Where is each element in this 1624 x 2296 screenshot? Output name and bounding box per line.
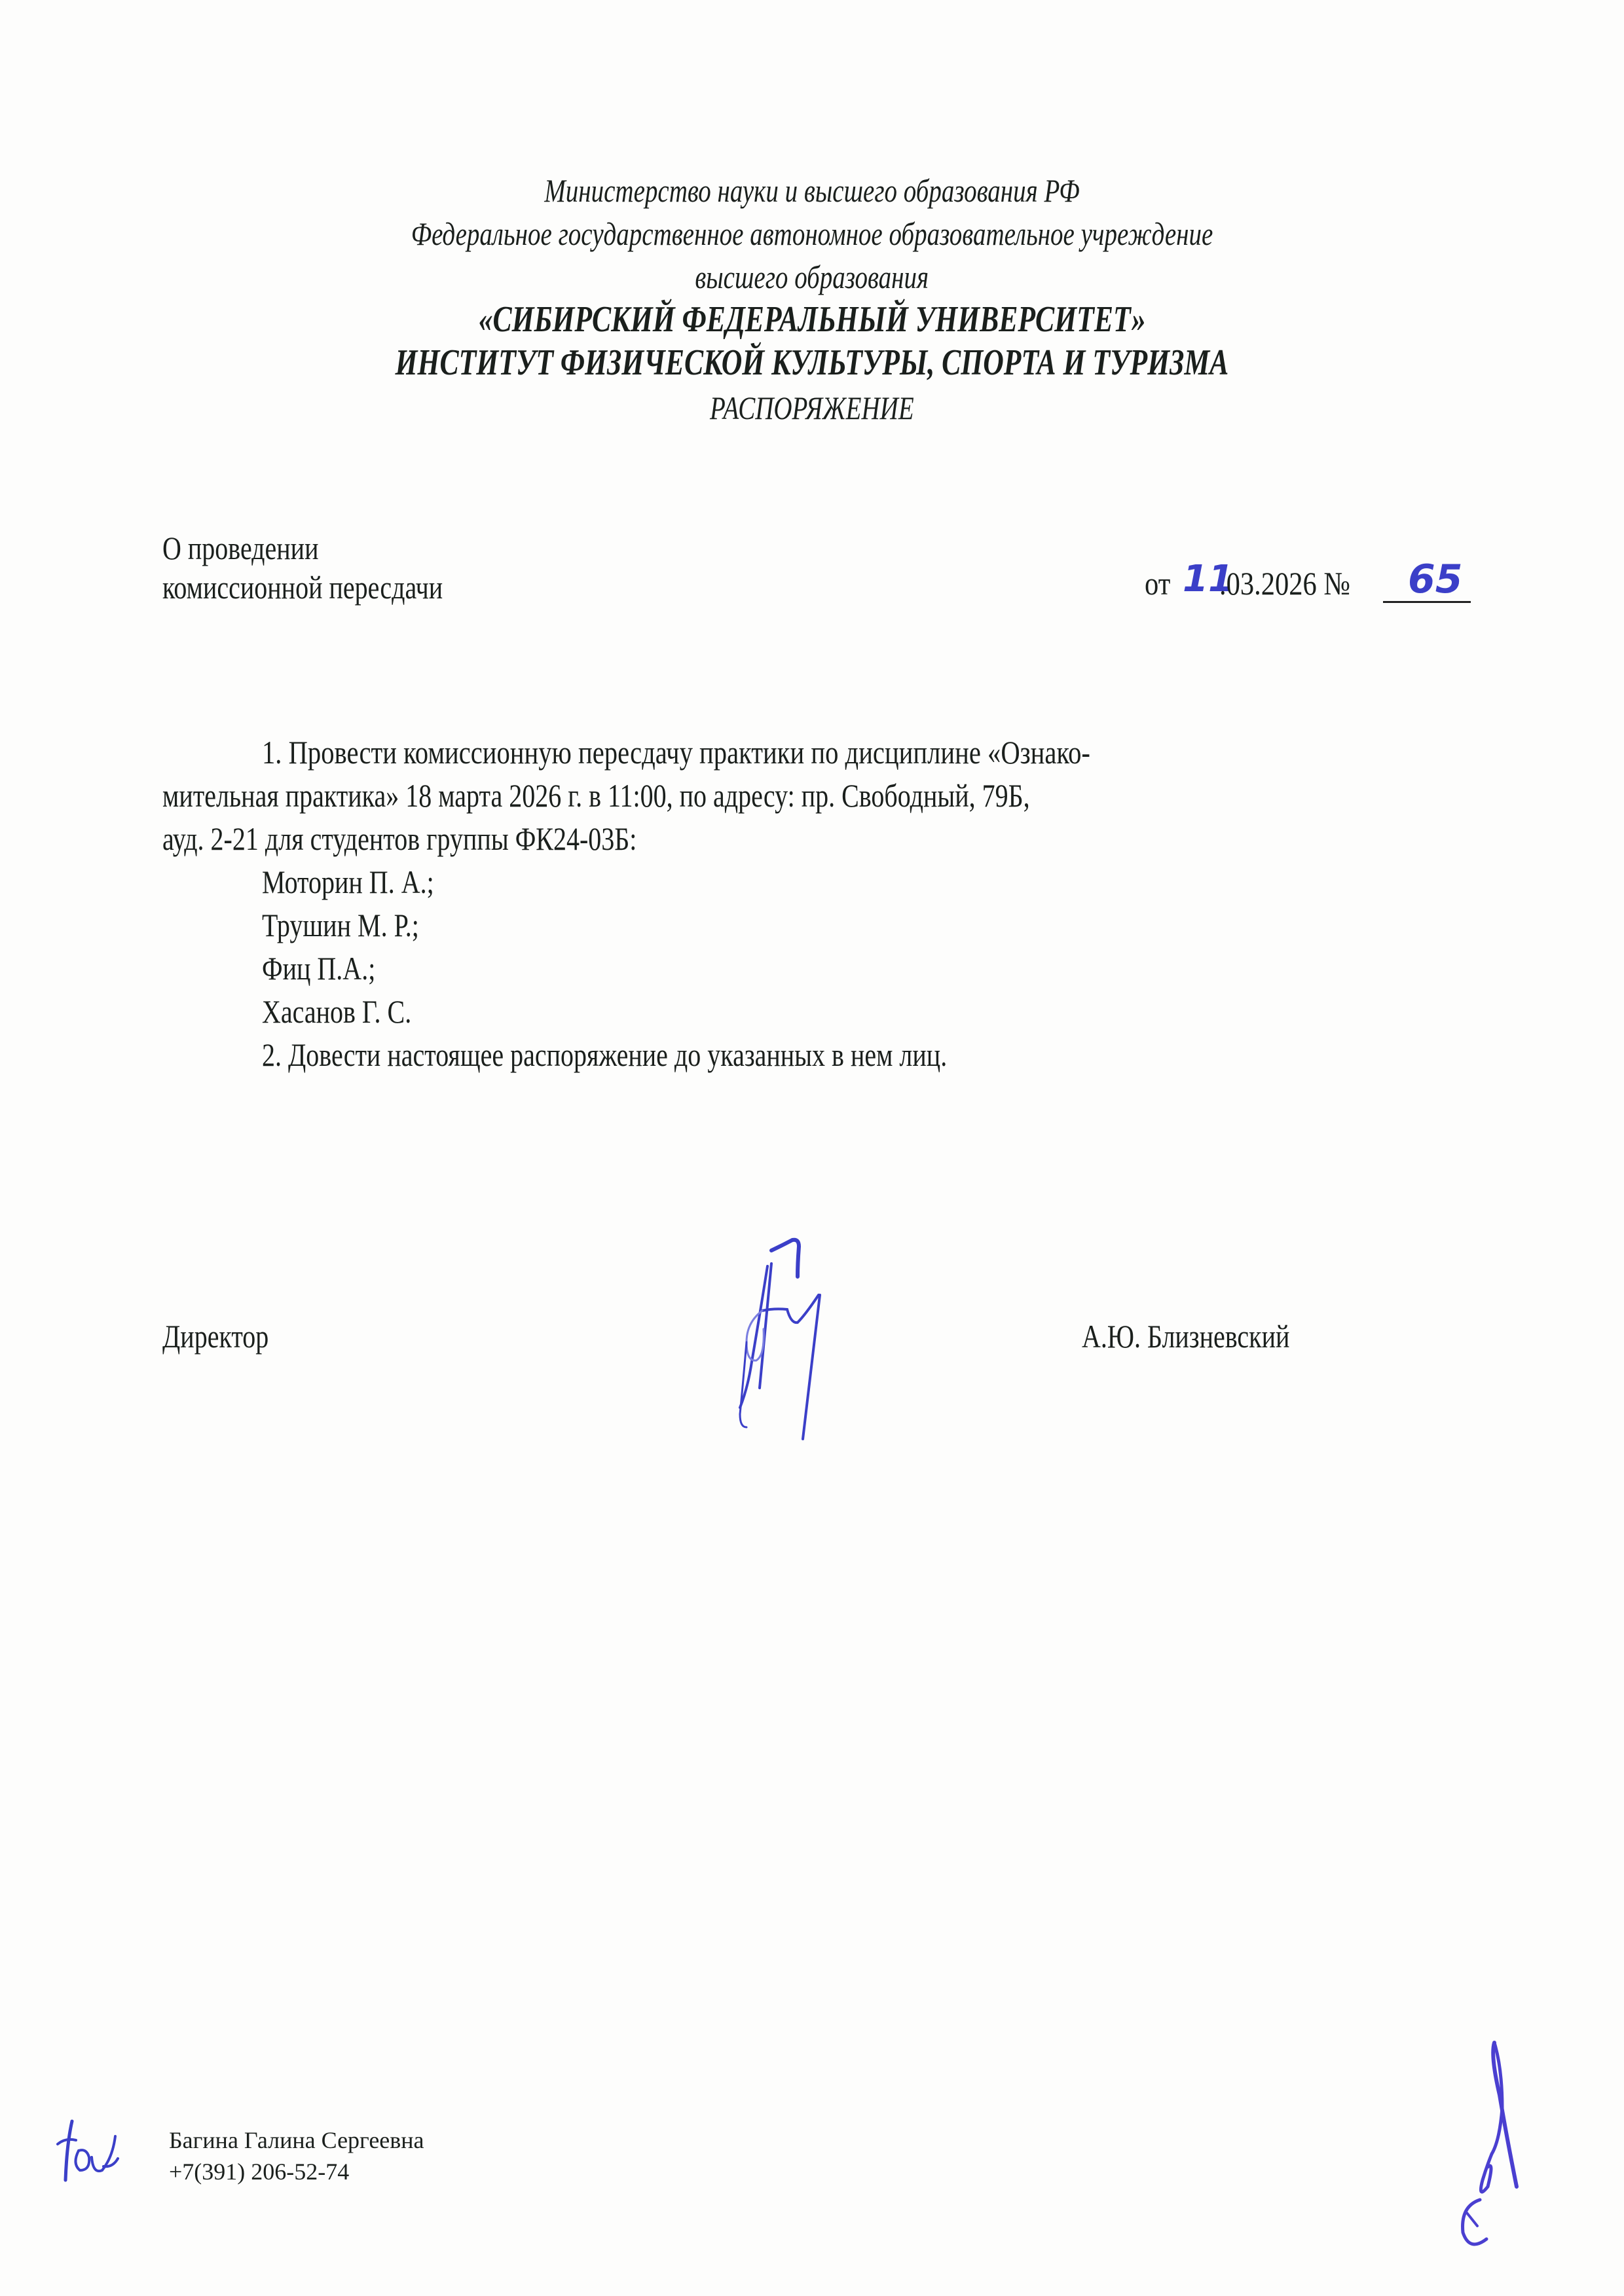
- student-item: Трушин М. Р.;: [262, 906, 458, 944]
- document-page: Министерство науки и высшего образования…: [0, 0, 1624, 2296]
- document-type-text: РАСПОРЯЖЕНИЕ: [710, 389, 914, 427]
- document-type: РАСПОРЯЖЕНИЕ: [0, 389, 1624, 427]
- university-text: «СИБИРСКИЙ ФЕДЕРАЛЬНЫЙ УНИВЕРСИТЕТ»: [479, 299, 1146, 340]
- student-name: Хасанов Г. С.: [262, 993, 411, 1030]
- number-underline: [1383, 601, 1471, 603]
- item-1-text-3: ауд. 2-21 для студентов группы ФК24-03Б:: [162, 820, 637, 858]
- institution-type-line-1: Федеральное государственное автономное о…: [0, 215, 1624, 253]
- date-rest-text: .03.2026 №: [1219, 564, 1350, 602]
- institute-text: ИНСТИТУТ ФИЗИЧЕСКОЙ КУЛЬТУРЫ, СПОРТА И Т…: [396, 342, 1229, 384]
- ministry-line: Министерство науки и высшего образования…: [0, 172, 1624, 210]
- student-name: Фиц П.А.;: [262, 949, 375, 987]
- executor-name: Багина Галина Сергеевна: [169, 2126, 424, 2154]
- institute-name: ИНСТИТУТ ФИЗИЧЕСКОЙ КУЛЬТУРЫ, СПОРТА И Т…: [0, 342, 1624, 384]
- signatory-position: Директор: [162, 1317, 295, 1355]
- date-prefix: от: [1145, 564, 1170, 602]
- executor-initials-icon: [52, 2118, 131, 2183]
- institution-type-text-2: высшего образования: [695, 258, 929, 296]
- date-rest: .03.2026 №: [1219, 564, 1373, 602]
- ministry-text: Министерство науки и высшего образования…: [544, 172, 1079, 210]
- document-reference: от: [1145, 564, 1175, 602]
- signatory-name-text: А.Ю. Близневский: [1082, 1317, 1289, 1355]
- executor-phone: +7(391) 206-52-74: [169, 2158, 349, 2185]
- item-1-line-3: ауд. 2-21 для студентов группы ФК24-03Б:: [162, 820, 755, 858]
- item-2: 2. Довести настоящее распоряжение до ука…: [262, 1036, 1118, 1074]
- university-name: «СИБИРСКИЙ ФЕДЕРАЛЬНЫЙ УНИВЕРСИТЕТ»: [0, 299, 1624, 340]
- subject-text-2: комиссионной пересдачи: [162, 568, 443, 606]
- item-1-text-2: мительная практика» 18 марта 2026 г. в 1…: [162, 776, 1030, 814]
- director-signature-icon: [720, 1231, 917, 1440]
- student-item: Моторин П. А.;: [262, 863, 477, 901]
- approval-signature-icon: [1454, 2030, 1559, 2226]
- signatory-position-text: Директор: [162, 1317, 268, 1355]
- institution-type-text-1: Федеральное государственное автономное о…: [411, 215, 1213, 253]
- signatory-name: А.Ю. Близневский: [1082, 1317, 1342, 1355]
- item-1-line-1: 1. Провести комиссионную пересдачу практ…: [262, 733, 1282, 771]
- institution-type-line-2: высшего образования: [0, 258, 1624, 296]
- subject-line-1: О проведении: [162, 529, 358, 567]
- item-1-line-2: мительная практика» 18 марта 2026 г. в 1…: [162, 776, 1247, 814]
- student-name: Моторин П. А.;: [262, 863, 434, 901]
- handwritten-number: 65: [1408, 556, 1463, 602]
- subject-line-2: комиссионной пересдачи: [162, 568, 513, 606]
- item-2-text: 2. Довести настоящее распоряжение до ука…: [262, 1036, 947, 1074]
- student-item: Фиц П.А.;: [262, 949, 404, 987]
- student-item: Хасанов Г. С.: [262, 993, 449, 1030]
- student-name: Трушин М. Р.;: [262, 906, 419, 944]
- item-1-text-1: 1. Провести комиссионную пересдачу практ…: [262, 733, 1090, 771]
- subject-text-1: О проведении: [162, 529, 319, 567]
